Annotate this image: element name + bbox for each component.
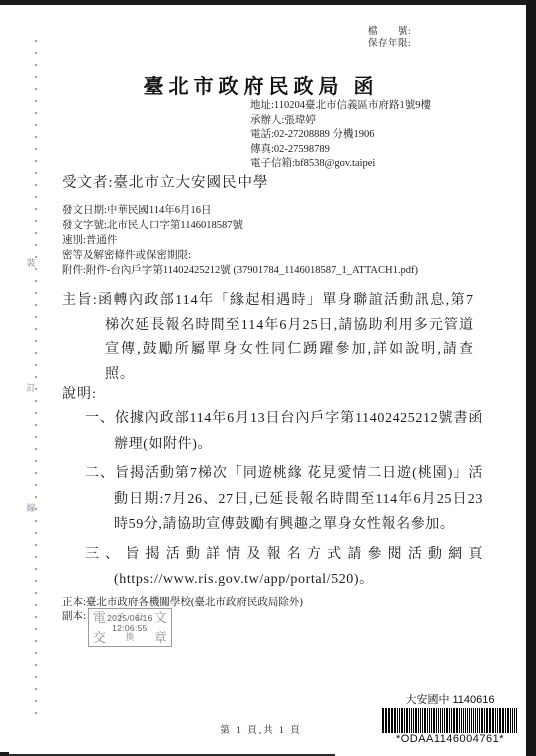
stamp-time: 12:06:55	[112, 623, 148, 633]
cc-row: 副本: 電 子 公 文 交 換 章 2025/06/16 12:06:55	[62, 610, 303, 647]
file-number-block: 檔 號: 保存年限:	[368, 27, 411, 50]
scanned-official-letter: 裝 訂 線 檔 號: 保存年限: 臺北市政府民政局 函 地址:110204臺北市…	[0, 0, 536, 756]
agency-contact-block: 地址:110204臺北市信義區市府路1號9樓 承辦人:張瑋婷 電話:02-272…	[250, 99, 431, 172]
document-title: 臺北市政府民政局 函	[0, 70, 522, 99]
recipient-line: 受文者:臺北市立大安國民中學	[62, 171, 269, 192]
attachment-line: 附件:附件-台內戶字第11402425212號 (37901784_114601…	[62, 263, 418, 278]
binding-mark-xian: 線	[25, 503, 37, 513]
scan-edge-right	[526, 0, 536, 756]
electronic-exchange-stamp: 電 子 公 文 交 換 章 2025/06/16 12:06:55	[88, 608, 172, 647]
scan-edge-top	[0, 0, 536, 5]
explanation-label: 說明:	[62, 383, 97, 403]
copies-block: 正本:臺北市政府各機關學校(臺北市政府民政局除外) 副本: 電 子 公 文 交 …	[62, 596, 303, 647]
cc-label: 副本:	[62, 610, 86, 624]
classification-line: 密等及解密條件或保密期限:	[62, 248, 418, 263]
explanation-item-1: 一、依據內政部114年6月13日台內戶字第11402425212號書函辦理(如附…	[85, 406, 483, 457]
scan-edge-corner	[0, 752, 9, 756]
agency-phone: 電話:02-27208889 分機1906	[250, 128, 431, 143]
explanation-list: 一、依據內政部114年6月13日台內戶字第11402425212號書函辦理(如附…	[85, 406, 483, 597]
barcode	[382, 708, 518, 733]
binding-dotted-line	[35, 40, 37, 722]
retention-label: 保存年限:	[368, 39, 411, 51]
dispatch-meta-block: 發文日期:中華民國114年6月16日 發文字號:北市民人口字第114601858…	[62, 203, 418, 278]
file-number-label: 檔 號:	[368, 27, 411, 39]
agency-email: 電子信箱:bf8538@gov.taipei	[250, 157, 431, 172]
barcode-label: 大安國中 1140616	[378, 693, 522, 707]
agency-case-officer: 承辦人:張瑋婷	[250, 114, 431, 129]
binding-mark-zhuang: 裝	[25, 258, 37, 268]
binding-mark-ding: 訂	[25, 383, 37, 393]
delivery-speed: 速別:普通件	[62, 233, 418, 248]
agency-fax: 傳真:02-27598789	[250, 143, 431, 158]
dispatch-number: 發文字號:北市民人口字第1146018587號	[62, 218, 418, 233]
explanation-item-3: 三、旨揭活動詳情及報名方式請參閱活動網頁(https://www.ris.gov…	[85, 542, 483, 593]
stamp-datetime: 2025/06/16 12:06:55	[89, 613, 171, 633]
agency-address: 地址:110204臺北市信義區市府路1號9樓	[250, 99, 431, 114]
delivery-barcode-block: 大安國中 1140616 *ODAA1146004761*	[378, 693, 522, 753]
explanation-item-2: 二、旨揭活動第7梯次「同遊桃緣 花見愛情二日遊(桃園)」活動日期:7月26、27…	[85, 461, 483, 538]
dispatch-date: 發文日期:中華民國114年6月16日	[62, 203, 418, 218]
subject-paragraph: 主旨:函轉內政部114年「緣起相遇時」單身聯誼活動訊息,第7梯次延長報名時間至1…	[62, 289, 474, 387]
barcode-code-text: *ODAA1146004761*	[378, 733, 522, 746]
stamp-date: 2025/06/16	[107, 613, 153, 623]
